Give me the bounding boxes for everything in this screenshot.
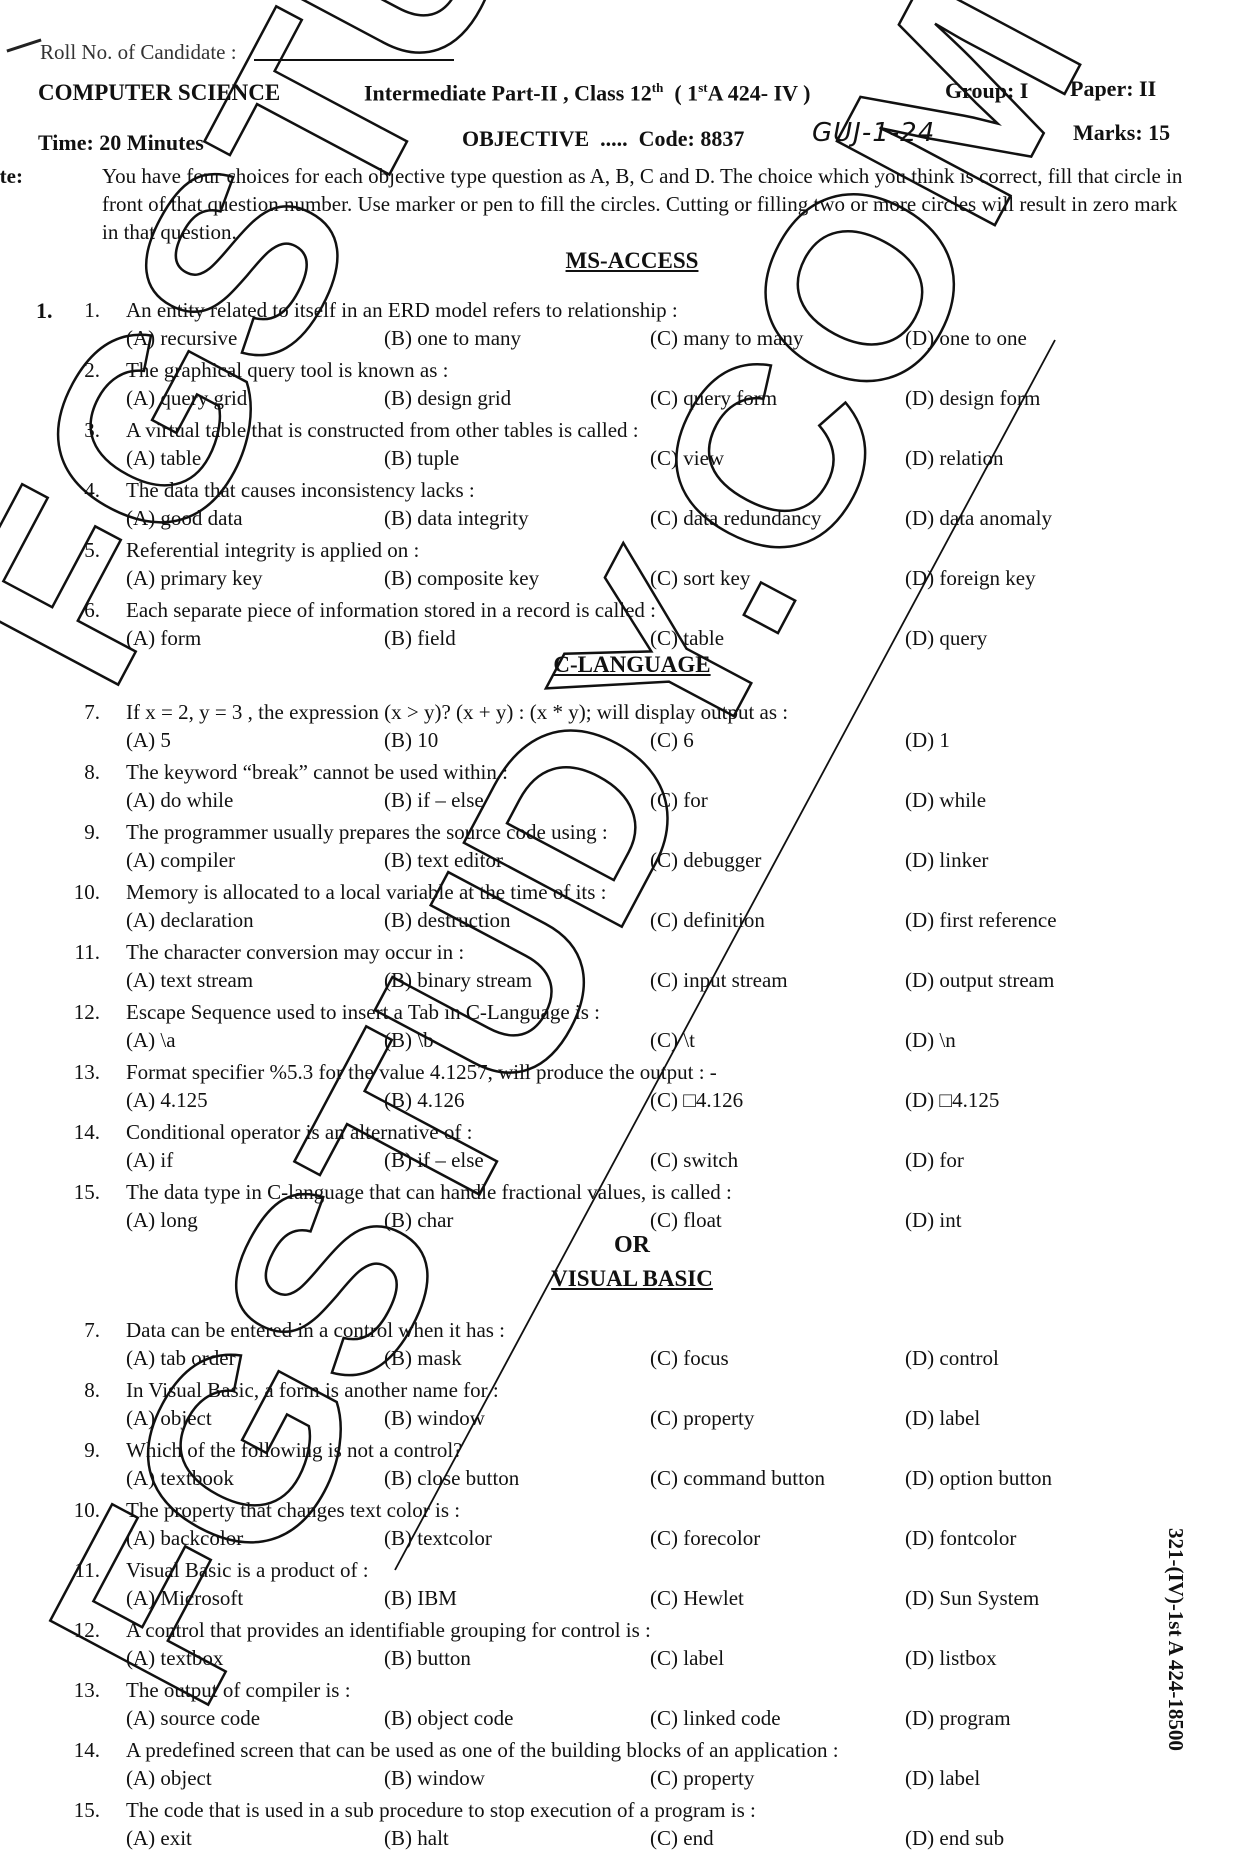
question-text: The output of compiler is : xyxy=(126,1678,351,1703)
answer-option-a[interactable]: (A) backcolor xyxy=(126,1526,243,1551)
question-text: The data type in C-language that can han… xyxy=(126,1180,732,1205)
question-number: 2. xyxy=(84,358,100,383)
time-label: Time: 20 Minutes xyxy=(38,130,204,156)
answer-option-b[interactable]: (B) field xyxy=(384,626,456,651)
answer-option-a[interactable]: (A) text stream xyxy=(126,968,253,993)
answer-option-b[interactable]: (B) text editor xyxy=(384,848,503,873)
question-text: The programmer usually prepares the sour… xyxy=(126,820,608,845)
answer-option-b[interactable]: (B) 4.126 xyxy=(384,1088,465,1113)
answer-option-d[interactable]: (D) program xyxy=(905,1706,1011,1731)
question-item: 10.The property that changes text color … xyxy=(0,1498,1150,1558)
answer-option-a[interactable]: (A) textbook xyxy=(126,1466,234,1491)
answer-option-d[interactable]: (D) output stream xyxy=(905,968,1054,993)
answer-option-b[interactable]: (B) data integrity xyxy=(384,506,529,531)
question-number: 13. xyxy=(74,1060,100,1085)
answer-option-b[interactable]: (B) window xyxy=(384,1766,485,1791)
answer-option-a[interactable]: (A) 5 xyxy=(126,728,171,753)
answer-option-a[interactable]: (A) if xyxy=(126,1148,173,1173)
answer-option-b[interactable]: (B) object code xyxy=(384,1706,513,1731)
answer-option-b[interactable]: (B) window xyxy=(384,1406,485,1431)
question-text: The graphical query tool is known as : xyxy=(126,358,449,383)
answer-option-c[interactable]: (C) 6 xyxy=(650,728,694,753)
answer-option-a[interactable]: (A) good data xyxy=(126,506,243,531)
answer-option-d[interactable]: (D) relation xyxy=(905,446,1004,471)
answer-option-b[interactable]: (B) char xyxy=(384,1208,453,1233)
answer-option-b[interactable]: (B) destruction xyxy=(384,908,511,933)
question-text: Referential integrity is applied on : xyxy=(126,538,419,563)
answer-option-a[interactable]: (A) 4.125 xyxy=(126,1088,208,1113)
question-item: 1.1.An entity related to itself in an ER… xyxy=(0,298,1150,358)
answer-option-a[interactable]: (A) form xyxy=(126,626,201,651)
question-text: Format specifier %5.3 for the value 4.12… xyxy=(126,1060,717,1085)
question-text: The property that changes text color is … xyxy=(126,1498,460,1523)
question-item: 13.Format specifier %5.3 for the value 4… xyxy=(0,1060,1150,1120)
question-item: 2.The graphical query tool is known as :… xyxy=(0,358,1150,418)
answer-option-a[interactable]: (A) object xyxy=(126,1766,212,1791)
answer-option-c[interactable]: (C) many to many xyxy=(650,326,803,351)
question-number: 11. xyxy=(75,1558,100,1583)
answer-option-d[interactable]: (D) label xyxy=(905,1406,980,1431)
answer-option-c[interactable]: (C) \t xyxy=(650,1028,695,1053)
answer-option-d[interactable]: (D) design form xyxy=(905,386,1040,411)
question-number: 14. xyxy=(74,1738,100,1763)
question-item: 11.Visual Basic is a product of :(A) Mic… xyxy=(0,1558,1150,1618)
handwritten-code: GUJ-1-24 xyxy=(812,118,935,148)
question-number: 7. xyxy=(84,1318,100,1343)
answer-option-b[interactable]: (B) binary stream xyxy=(384,968,532,993)
answer-option-b[interactable]: (B) if – else xyxy=(384,1148,484,1173)
question-text: A predefined screen that can be used as … xyxy=(126,1738,839,1763)
question-number: 15. xyxy=(74,1798,100,1823)
question-item: 5.Referential integrity is applied on :(… xyxy=(0,538,1150,598)
answer-option-a[interactable]: (A) do while xyxy=(126,788,233,813)
question-number: 10. xyxy=(74,1498,100,1523)
question-text: The code that is used in a sub procedure… xyxy=(126,1798,756,1823)
answer-option-c[interactable]: (C) property xyxy=(650,1766,754,1791)
answer-option-b[interactable]: (B) IBM xyxy=(384,1586,457,1611)
question-item: 13.The output of compiler is :(A) source… xyxy=(0,1678,1150,1738)
question-item: 12.Escape Sequence used to insert a Tab … xyxy=(0,1000,1150,1060)
question-text: Visual Basic is a product of : xyxy=(126,1558,369,1583)
subject-title: COMPUTER SCIENCE xyxy=(38,80,280,106)
answer-option-a[interactable]: (A) declaration xyxy=(126,908,254,933)
answer-option-b[interactable]: (B) textcolor xyxy=(384,1526,492,1551)
answer-option-c[interactable]: (C) for xyxy=(650,788,708,813)
answer-option-c[interactable]: (C) Hewlet xyxy=(650,1586,744,1611)
answer-option-c[interactable]: (C) input stream xyxy=(650,968,788,993)
answer-option-b[interactable]: (B) button xyxy=(384,1646,471,1671)
roll-number-label: Roll No. of Candidate : xyxy=(40,40,237,64)
answer-option-a[interactable]: (A) object xyxy=(126,1406,212,1431)
answer-option-c[interactable]: (C) linked code xyxy=(650,1706,781,1731)
question-text: The data that causes inconsistency lacks… xyxy=(126,478,475,503)
answer-option-b[interactable]: (B) design grid xyxy=(384,386,511,411)
answer-option-a[interactable]: (A) tab order xyxy=(126,1346,236,1371)
question-item: 7.If x = 2, y = 3 , the expression (x > … xyxy=(0,700,1150,760)
question-number: 14. xyxy=(74,1120,100,1145)
question-item: 3.A virtual table that is constructed fr… xyxy=(0,418,1150,478)
question-text: If x = 2, y = 3 , the expression (x > y)… xyxy=(126,700,788,725)
answer-option-a[interactable]: (A) query grid xyxy=(126,386,247,411)
question-item: 9.The programmer usually prepares the so… xyxy=(0,820,1150,880)
answer-option-d[interactable]: (D) for xyxy=(905,1148,964,1173)
marks-label: Marks: 15 xyxy=(1073,120,1170,146)
answer-option-b[interactable]: (B) mask xyxy=(384,1346,462,1371)
section-title: MS-ACCESS xyxy=(566,248,699,274)
question-number: 7. xyxy=(84,700,100,725)
answer-option-d[interactable]: (D) \n xyxy=(905,1028,956,1053)
answer-option-b[interactable]: (B) if – else xyxy=(384,788,484,813)
answer-option-c[interactable]: (C) query form xyxy=(650,386,777,411)
question-item: 10.Memory is allocated to a local variab… xyxy=(0,880,1150,940)
instructions-note: Note:You have four choices for each obje… xyxy=(38,162,1198,246)
question-text: Data can be entered in a control when it… xyxy=(126,1318,505,1343)
question-item: 11.The character conversion may occur in… xyxy=(0,940,1150,1000)
question-text: A control that provides an identifiable … xyxy=(126,1618,651,1643)
question-number: 13. xyxy=(74,1678,100,1703)
answer-option-a[interactable]: (A) recursive xyxy=(126,326,237,351)
question-item: 14.A predefined screen that can be used … xyxy=(0,1738,1150,1798)
objective-label: OBJECTIVE ..... Code: 8837 xyxy=(462,126,744,152)
answer-option-d[interactable]: (D) linker xyxy=(905,848,988,873)
answer-option-c[interactable]: (C) end xyxy=(650,1826,714,1851)
question-item: 15.The code that is used in a sub proced… xyxy=(0,1798,1150,1858)
answer-option-a[interactable]: (A) textbox xyxy=(126,1646,223,1671)
section-title: VISUAL BASIC xyxy=(551,1266,713,1292)
question-text: The keyword “break” cannot be used withi… xyxy=(126,760,508,785)
answer-option-d[interactable]: (D) foreign key xyxy=(905,566,1036,591)
paper-label: Paper: II xyxy=(1070,76,1156,102)
answer-option-d[interactable]: (D) label xyxy=(905,1766,980,1791)
question-number: 1. xyxy=(84,298,100,323)
answer-option-a[interactable]: (A) exit xyxy=(126,1826,192,1851)
answer-option-d[interactable]: (D) □4.125 xyxy=(905,1088,999,1113)
question-item: 8.In Visual Basic, a form is another nam… xyxy=(0,1378,1150,1438)
answer-option-d[interactable]: (D) query xyxy=(905,626,987,651)
answer-option-d[interactable]: (D) while xyxy=(905,788,986,813)
question-text: Conditional operator is an alternative o… xyxy=(126,1120,472,1145)
question-number: 9. xyxy=(84,820,100,845)
answer-option-c[interactable]: (C) debugger xyxy=(650,848,761,873)
question-number: 12. xyxy=(74,1000,100,1025)
question-number: 9. xyxy=(84,1438,100,1463)
question-item: 12.A control that provides an identifiab… xyxy=(0,1618,1150,1678)
answer-option-b[interactable]: (B) one to many xyxy=(384,326,521,351)
answer-option-d[interactable]: (D) end sub xyxy=(905,1826,1004,1851)
answer-option-d[interactable]: (D) listbox xyxy=(905,1646,997,1671)
question-text: Which of the following is not a control? xyxy=(126,1438,463,1463)
answer-option-c[interactable]: (C) focus xyxy=(650,1346,729,1371)
answer-option-a[interactable]: (A) \a xyxy=(126,1028,176,1053)
answer-option-b[interactable]: (B) \b xyxy=(384,1028,434,1053)
answer-option-c[interactable]: (C) property xyxy=(650,1406,754,1431)
question-number: 8. xyxy=(84,1378,100,1403)
answer-option-b[interactable]: (B) halt xyxy=(384,1826,449,1851)
question-number: 8. xyxy=(84,760,100,785)
note-text: You have four choices for each objective… xyxy=(102,164,1182,244)
answer-option-c[interactable]: (C) forecolor xyxy=(650,1526,760,1551)
answer-option-d[interactable]: (D) int xyxy=(905,1208,962,1233)
question-item: 14.Conditional operator is an alternativ… xyxy=(0,1120,1150,1180)
or-separator: OR xyxy=(614,1232,650,1259)
question-text: Each separate piece of information store… xyxy=(126,598,656,623)
question-number: 10. xyxy=(74,880,100,905)
answer-option-b[interactable]: (B) tuple xyxy=(384,446,459,471)
answer-option-c[interactable]: (C) float xyxy=(650,1208,722,1233)
question-text: In Visual Basic, a form is another name … xyxy=(126,1378,499,1403)
question-number: 4. xyxy=(84,478,100,503)
answer-option-c[interactable]: (C) command button xyxy=(650,1466,825,1491)
answer-option-b[interactable]: (B) composite key xyxy=(384,566,539,591)
pen-mark xyxy=(6,39,41,53)
side-paper-code: 321-(IV)-1st A 424-18500 xyxy=(1163,1528,1188,1751)
question-item: 4.The data that causes inconsistency lac… xyxy=(0,478,1150,538)
question-number: 3. xyxy=(84,418,100,443)
section-title: C-LANGUAGE xyxy=(553,652,710,678)
question-text: The character conversion may occur in : xyxy=(126,940,464,965)
answer-option-c[interactable]: (C) data redundancy xyxy=(650,506,821,531)
question-number: 15. xyxy=(74,1180,100,1205)
class-info: Intermediate Part-II , Class 12th ( 1stA… xyxy=(364,80,810,106)
answer-option-d[interactable]: (D) one to one xyxy=(905,326,1027,351)
question-item: 15.The data type in C-language that can … xyxy=(0,1180,1150,1240)
question-text: A virtual table that is constructed from… xyxy=(126,418,639,443)
answer-option-d[interactable]: (D) control xyxy=(905,1346,999,1371)
answer-option-a[interactable]: (A) Microsoft xyxy=(126,1586,243,1611)
answer-option-a[interactable]: (A) primary key xyxy=(126,566,262,591)
roll-number-field: Roll No. of Candidate : xyxy=(40,40,454,65)
question-text: Memory is allocated to a local variable … xyxy=(126,880,607,905)
question-text: Escape Sequence used to insert a Tab in … xyxy=(126,1000,600,1025)
answer-option-c[interactable]: (C) label xyxy=(650,1646,724,1671)
answer-option-a[interactable]: (A) table xyxy=(126,446,201,471)
question-number: 11. xyxy=(75,940,100,965)
question-item: 9.Which of the following is not a contro… xyxy=(0,1438,1150,1498)
answer-option-a[interactable]: (A) compiler xyxy=(126,848,235,873)
roll-number-blank[interactable] xyxy=(254,59,454,61)
answer-option-d[interactable]: (D) data anomaly xyxy=(905,506,1052,531)
question-text: An entity related to itself in an ERD mo… xyxy=(126,298,678,323)
answer-option-c[interactable]: (C) sort key xyxy=(650,566,750,591)
answer-option-d[interactable]: (D) option button xyxy=(905,1466,1052,1491)
question-item: 6.Each separate piece of information sto… xyxy=(0,598,1150,658)
answer-option-d[interactable]: (D) Sun System xyxy=(905,1586,1039,1611)
answer-option-d[interactable]: (D) first reference xyxy=(905,908,1057,933)
answer-option-b[interactable]: (B) 10 xyxy=(384,728,438,753)
main-question-number: 1. xyxy=(36,298,53,324)
answer-option-d[interactable]: (D) fontcolor xyxy=(905,1526,1016,1551)
answer-option-b[interactable]: (B) close button xyxy=(384,1466,519,1491)
answer-option-c[interactable]: (C) definition xyxy=(650,908,765,933)
answer-option-c[interactable]: (C) table xyxy=(650,626,724,651)
question-number: 6. xyxy=(84,598,100,623)
answer-option-c[interactable]: (C) switch xyxy=(650,1148,738,1173)
question-number: 5. xyxy=(84,538,100,563)
question-number: 12. xyxy=(74,1618,100,1643)
answer-option-d[interactable]: (D) 1 xyxy=(905,728,950,753)
question-item: 7.Data can be entered in a control when … xyxy=(0,1318,1150,1378)
group-label: Group: I xyxy=(945,78,1028,104)
answer-option-a[interactable]: (A) source code xyxy=(126,1706,260,1731)
answer-option-c[interactable]: (C) □4.126 xyxy=(650,1088,743,1113)
answer-option-c[interactable]: (C) view xyxy=(650,446,724,471)
answer-option-a[interactable]: (A) long xyxy=(126,1208,198,1233)
question-item: 8.The keyword “break” cannot be used wit… xyxy=(0,760,1150,820)
note-label: Note: xyxy=(38,162,102,190)
